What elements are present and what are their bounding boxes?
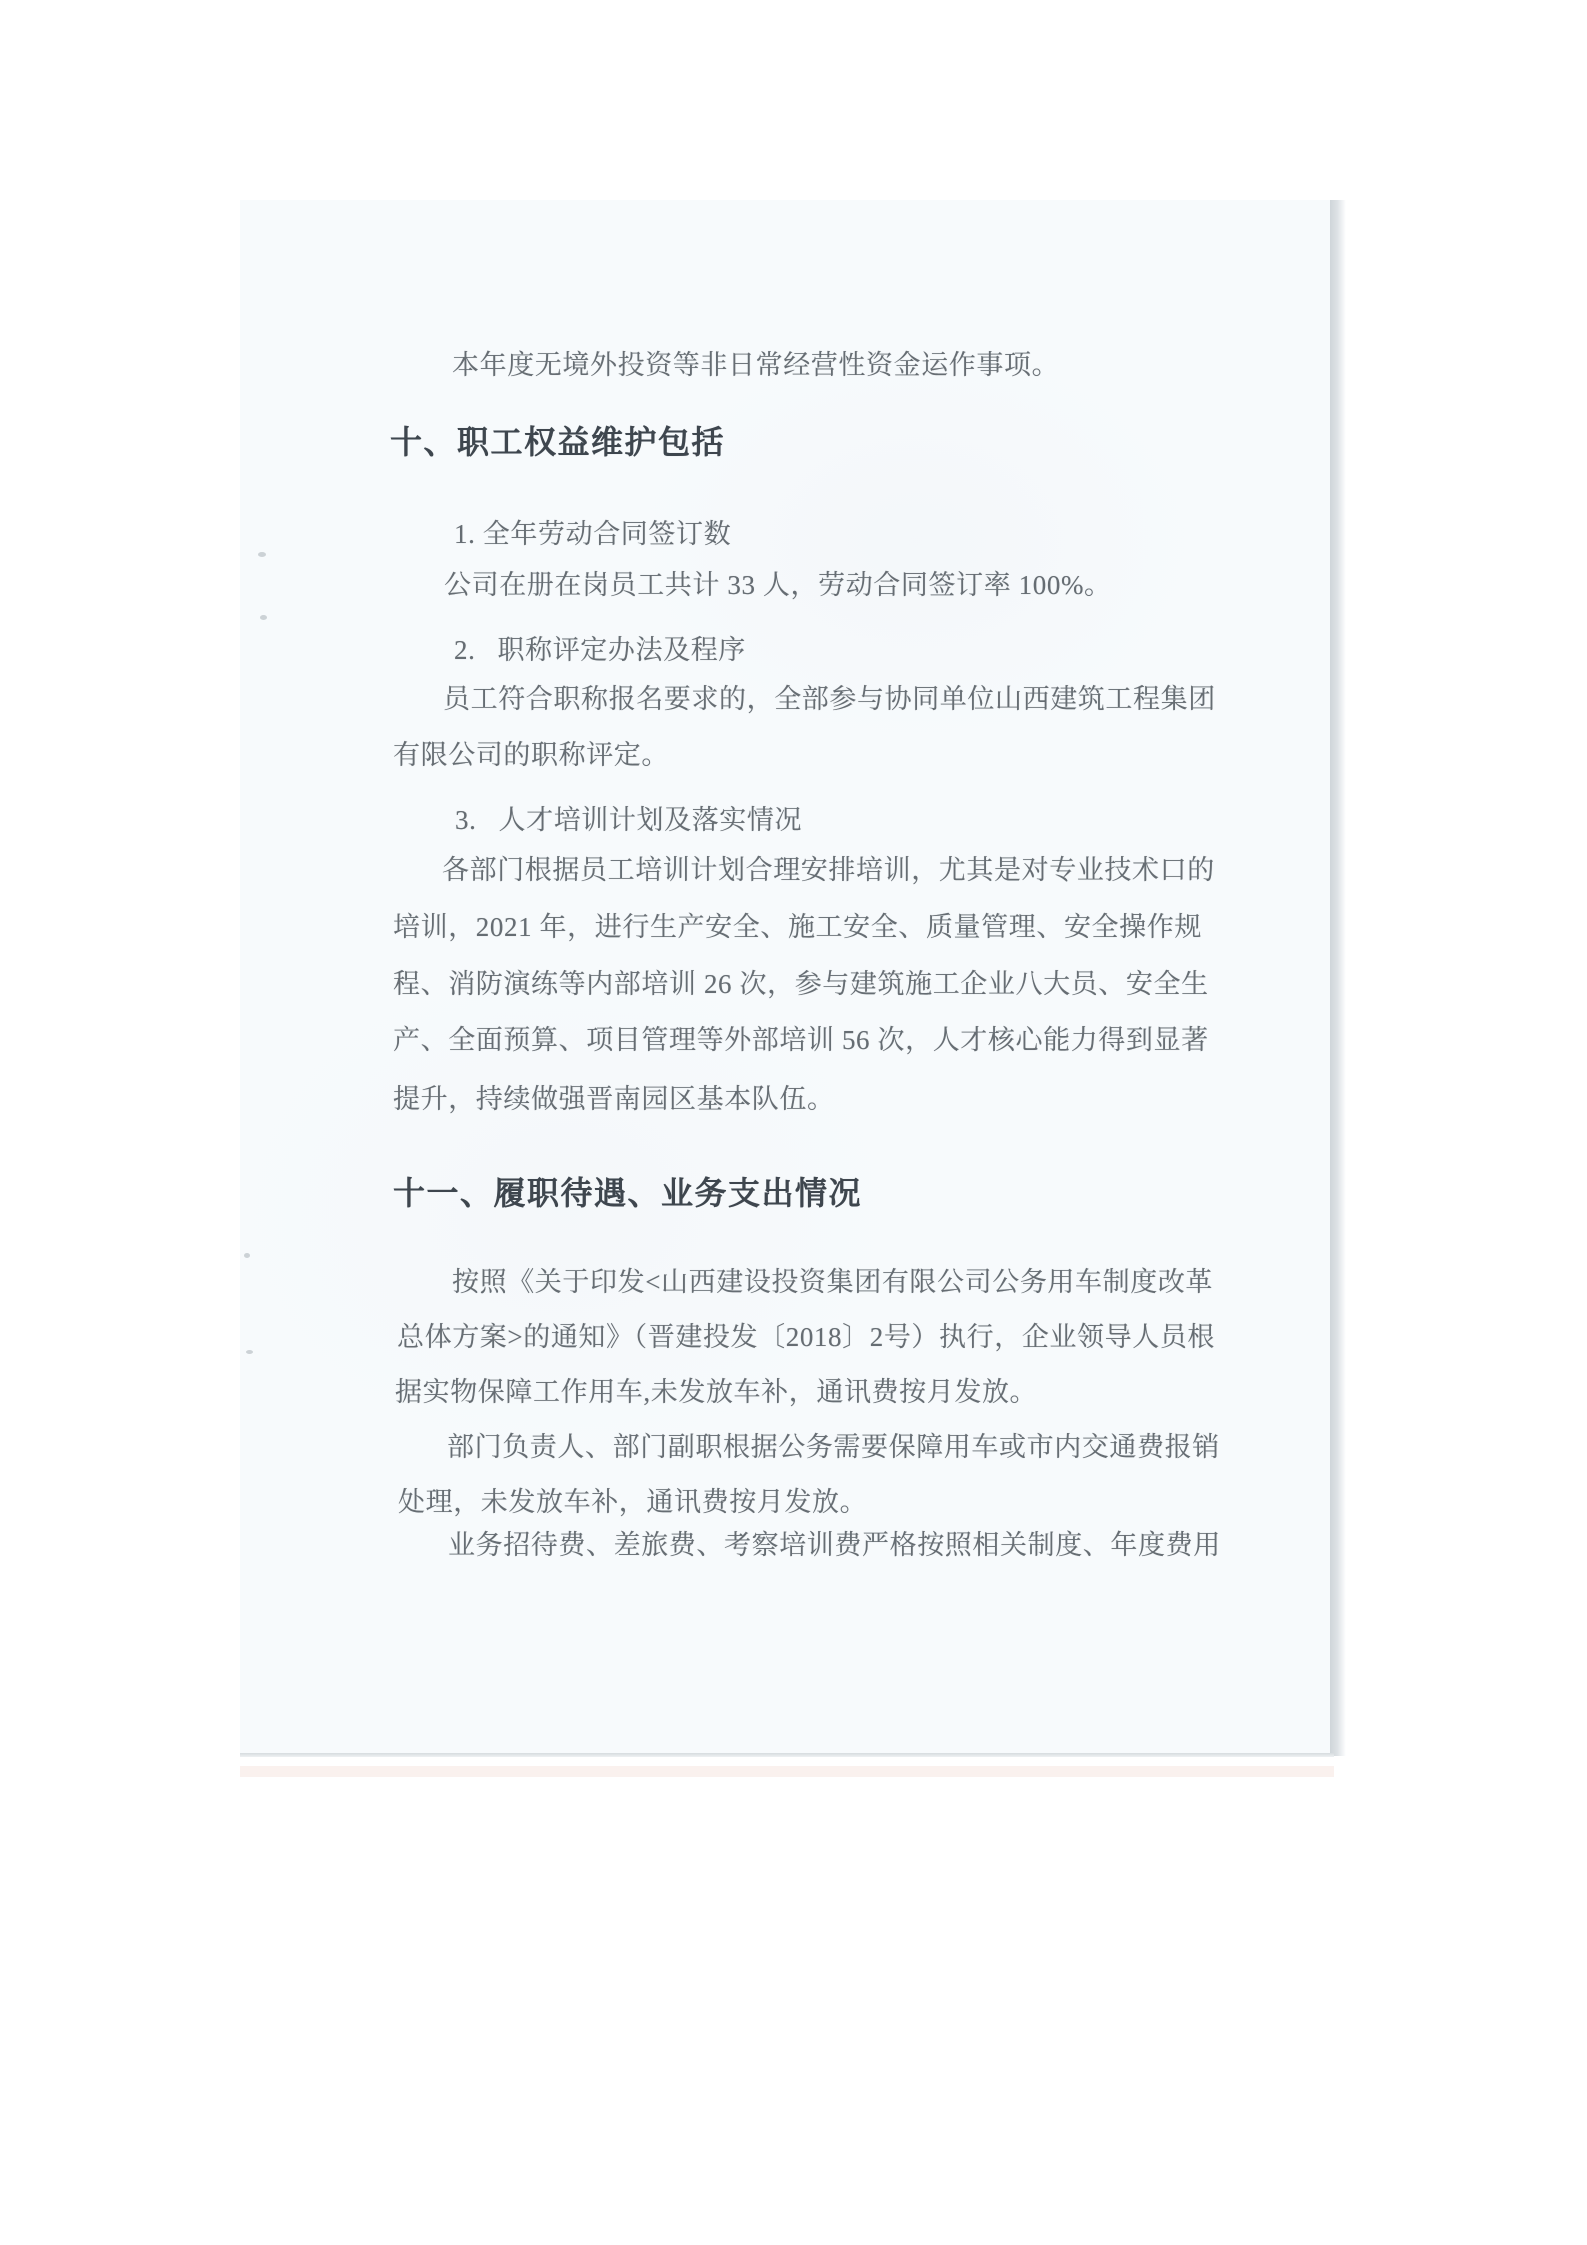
item-3-body-line-1: 各部门根据员工培训计划合理安排培训，尤其是对专业技术口的 (442, 857, 1215, 884)
scan-speck (260, 615, 267, 620)
sec11-para1-line-2: 总体方案>的通知》（晋建投发〔2018〕2号）执行，企业领导人员根 (397, 1324, 1215, 1351)
sec11-para2-line-2: 处理，未发放车补，通讯费按月发放。 (398, 1489, 867, 1516)
screenshot-canvas: 本年度无境外投资等非日常经营性资金运作事项。 十、职工权益维护包括 1. 全年劳… (0, 0, 1587, 2245)
scan-speck (246, 1350, 253, 1354)
item-3-body-line-2: 培训，2021 年，进行生产安全、施工安全、质量管理、安全操作规 (393, 914, 1202, 941)
list-item-2-title: 2. 职称评定办法及程序 (454, 637, 746, 664)
item-3-body-line-4: 产、全面预算、项目管理等外部培训 56 次，人才核心能力得到显著 (393, 1027, 1209, 1054)
section-heading-10: 十、职工权益维护包括 (390, 426, 725, 458)
page-right-edge-shadow (1330, 200, 1346, 1756)
sec11-para2-line-1: 部门负责人、部门副职根据公务需要保障用车或市内交通费报销 (447, 1434, 1220, 1461)
section-heading-11: 十一、履职待遇、业务支出情况 (393, 1177, 862, 1209)
sec11-para1-line-3: 据实物保障工作用车,未发放车补，通讯费按月发放。 (395, 1379, 1037, 1406)
list-item-1-title: 1. 全年劳动合同签订数 (454, 521, 731, 548)
list-item-3-title: 3. 人才培训计划及落实情况 (455, 807, 802, 834)
item-3-body-line-5: 提升，持续做强晋南园区基本队伍。 (393, 1086, 835, 1113)
page-bottom-edge (240, 1753, 1334, 1757)
sec11-para1-line-1: 按照《关于印发<山西建设投资集团有限公司公务用车制度改革 (452, 1269, 1213, 1296)
scan-speck (244, 1253, 250, 1258)
scan-pink-tint-line (240, 1766, 1334, 1777)
item-2-body-line-1: 员工符合职称报名要求的，全部参与协同单位山西建筑工程集团 (443, 686, 1216, 713)
item-1-body-line: 公司在册在岗员工共计 33 人，劳动合同签订率 100%。 (444, 572, 1112, 599)
sec11-para3-line-1: 业务招待费、差旅费、考察培训费严格按照相关制度、年度费用 (448, 1532, 1221, 1559)
scan-speck (258, 552, 266, 557)
intro-line: 本年度无境外投资等非日常经营性资金运作事项。 (452, 352, 1059, 379)
item-2-body-line-2: 有限公司的职称评定。 (393, 742, 669, 769)
scanned-page: 本年度无境外投资等非日常经营性资金运作事项。 十、职工权益维护包括 1. 全年劳… (240, 200, 1330, 1753)
item-3-body-line-3: 程、消防演练等内部培训 26 次，参与建筑施工企业八大员、安全生 (393, 971, 1209, 998)
